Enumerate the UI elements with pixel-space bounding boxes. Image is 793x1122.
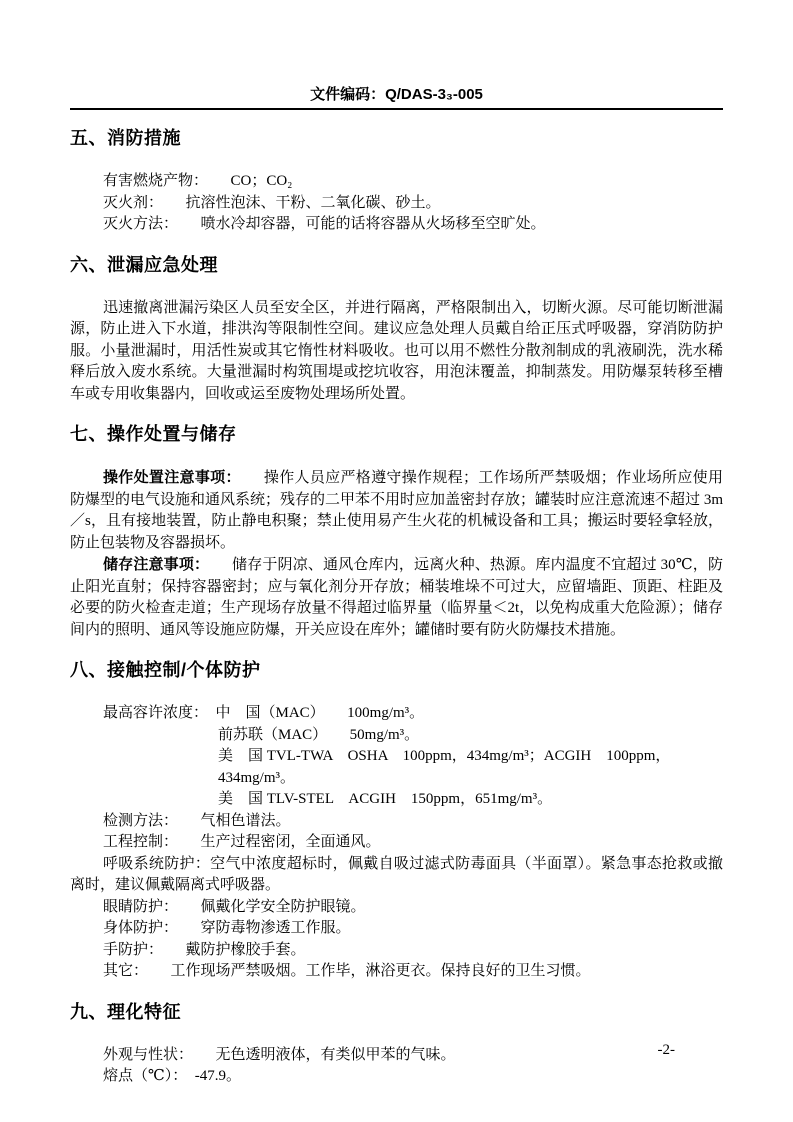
- doc-code: 文件编码：Q/DAS-3₃-005: [70, 86, 723, 103]
- section-handling-storage: 七、操作处置与储存 操作处置注意事项： 操作人员应严格遵守操作规程；工作场所严禁…: [70, 424, 723, 641]
- section-title-handling-storage: 七、操作处置与储存: [70, 424, 723, 445]
- hand-protection-line: 手防护： 戴防护橡胶手套。: [70, 940, 723, 962]
- mac-china-line: 最高容许浓度： 中 国（MAC） 100mg/m³。: [70, 703, 723, 725]
- section-body-physicochemical: 外观与性状： 无色透明液体，有类似甲苯的气味。 熔点（℃）： -47.9。: [70, 1045, 723, 1088]
- leakage-emergency-paragraph: 迅速撤离泄漏污染区人员至安全区，并进行隔离，严格限制出入，切断火源。尽可能切断泄…: [70, 298, 723, 406]
- section-body-handling-storage: 操作处置注意事项： 操作人员应严格遵守操作规程；工作场所严禁吸烟；作业场所应使用…: [70, 467, 723, 641]
- handling-precautions-label: 操作处置注意事项：: [103, 469, 233, 486]
- respiratory-protection-paragraph: 呼吸系统防护：空气中浓度超标时，佩戴自吸过滤式防毒面具（半面罩）。紧急事态抢救或…: [70, 854, 723, 897]
- section-title-exposure-control: 八、接触控制/个体防护: [70, 660, 723, 681]
- section-body-fire-fighting: 有害燃烧产物： CO；CO₂ 灭火剂： 抗溶性泡沫、干粉、二氧化碳、砂土。 灭火…: [70, 171, 723, 236]
- page-number: -2-: [658, 1041, 676, 1059]
- engineering-control-line: 工程控制： 生产过程密闭，全面通风。: [70, 832, 723, 854]
- section-exposure-control: 八、接触控制/个体防护 最高容许浓度： 中 国（MAC） 100mg/m³。 前…: [70, 660, 723, 983]
- document-page: 文件编码：Q/DAS-3₃-005 五、消防措施 有害燃烧产物： CO；CO₂ …: [0, 0, 793, 1122]
- section-title-physicochemical: 九、理化特征: [70, 1002, 723, 1023]
- handling-precautions-paragraph: 操作处置注意事项： 操作人员应严格遵守操作规程；工作场所严禁吸烟；作业场所应使用…: [70, 467, 723, 554]
- section-body-exposure-control: 最高容许浓度： 中 国（MAC） 100mg/m³。 前苏联（MAC） 50mg…: [70, 703, 723, 983]
- mac-ussr-line: 前苏联（MAC） 50mg/m³。: [218, 725, 723, 747]
- mac-usa-stel-line: 美 国 TLV-STEL ACGIH 150ppm，651mg/m³。: [218, 789, 723, 811]
- storage-precautions-label: 储存注意事项：: [103, 556, 202, 573]
- header-rule: [70, 108, 723, 110]
- extinguishing-agent-line: 灭火剂： 抗溶性泡沫、干粉、二氧化碳、砂土。: [70, 193, 723, 215]
- section-leakage-emergency: 六、泄漏应急处理 迅速撤离泄漏污染区人员至安全区，并进行隔离，严格限制出入，切断…: [70, 255, 723, 406]
- section-physicochemical-properties: 九、理化特征 外观与性状： 无色透明液体，有类似甲苯的气味。 熔点（℃）： -4…: [70, 1002, 723, 1088]
- other-protection-line: 其它： 工作现场严禁吸烟。工作毕，淋浴更衣。保持良好的卫生习惯。: [70, 961, 723, 983]
- hazardous-combustion-products-line: 有害燃烧产物： CO；CO₂: [70, 171, 723, 193]
- storage-precautions-paragraph: 储存注意事项： 储存于阴凉、通风仓库内，远离火种、热源。库内温度不宜超过 30℃…: [70, 554, 723, 641]
- extinguishing-method-line: 灭火方法： 喷水冷却容器，可能的话将容器从火场移至空旷处。: [70, 214, 723, 236]
- appearance-line: 外观与性状： 无色透明液体，有类似甲苯的气味。: [70, 1045, 723, 1067]
- section-body-leakage-emergency: 迅速撤离泄漏污染区人员至安全区，并进行隔离，严格限制出入，切断火源。尽可能切断泄…: [70, 298, 723, 406]
- section-fire-fighting-measures: 五、消防措施 有害燃烧产物： CO；CO₂ 灭火剂： 抗溶性泡沫、干粉、二氧化碳…: [70, 128, 723, 236]
- body-protection-line: 身体防护： 穿防毒物渗透工作服。: [70, 918, 723, 940]
- section-title-leakage-emergency: 六、泄漏应急处理: [70, 255, 723, 276]
- section-title-fire-fighting: 五、消防措施: [70, 128, 723, 149]
- doc-header: 文件编码：Q/DAS-3₃-005: [70, 86, 723, 110]
- melting-point-line: 熔点（℃）： -47.9。: [70, 1066, 723, 1088]
- detection-method-line: 检测方法： 气相色谱法。: [70, 811, 723, 833]
- eye-protection-line: 眼睛防护： 佩戴化学安全防护眼镜。: [70, 897, 723, 919]
- mac-usa-twa-line: 美 国 TVL-TWA OSHA 100ppm，434mg/m³；ACGIH 1…: [218, 746, 723, 789]
